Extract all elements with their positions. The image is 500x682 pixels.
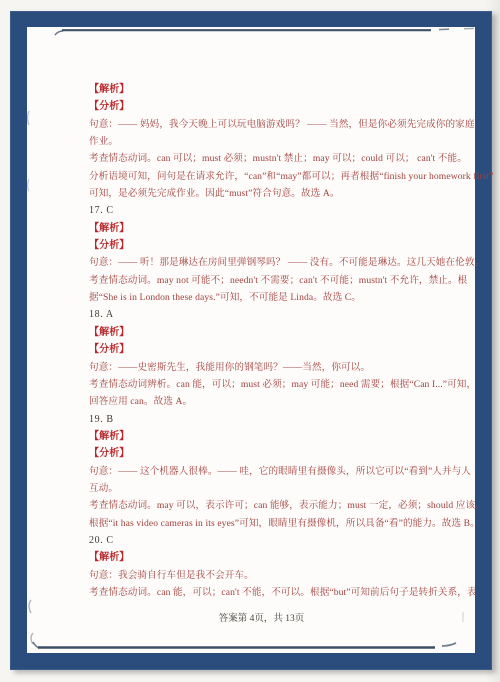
body-line: 考查情态动词辨析。can 能，可以；must 必须；may 可能；need 需要… [89,376,465,393]
marker-line: 【分析】 [89,237,465,254]
body-line: 句意：——史密斯先生，我能用你的钢笔吗？——当然，你可以。 [89,359,465,376]
page-left-curl-4 [31,633,33,644]
page-top-left-curl [55,31,63,35]
answer-line: 18. A [89,306,465,323]
body-line: 分析语境可知，问句是在请求允许，“can”和“may”都可以；再者根据“fini… [89,168,465,185]
body-line: 句意：—— 听！那是琳达在房间里弹钢琴吗？ —— 没有。不可能是琳达。这几天她在… [89,254,465,271]
body-line: 根据“it has video cameras in its eyes”可知，眼… [89,515,465,532]
document-frame: 【解析】【分析】句意：—— 妈妈，我今天晚上可以玩电脑游戏吗？ —— 当然，但是… [10,11,492,670]
body-line: 考查情态动词。can 能，可以；can't 不能，不可以。根据“but”可知前后… [89,584,465,601]
marker-line: 【解析】 [89,81,465,98]
body-line: 句意：我会骑自行车但是我不会开车。 [89,567,465,584]
answer-line: 17. C [89,202,465,219]
answer-line: 20. C [89,532,465,549]
body-line: 可知，是必须先完成作业。因此“must”符合句意。故选 A。 [89,185,465,202]
page-bottom-left-curl [33,642,39,648]
body-line: 作业。 [89,133,465,150]
body-line: 句意：—— 这个机器人很棒。—— 哇，它的眼睛里有摄像头，所以它可以“看到”人并… [89,463,465,480]
marker-line: 【分析】 [89,98,465,115]
body-line: 互动。 [89,480,465,497]
marker-line: 【解析】 [89,428,465,445]
body-line: 考查情态动词。may 可以，表示许可；can 能够，表示能力；must 一定，必… [89,497,465,514]
page-left-curl-2 [28,179,30,191]
page-footer: 答案第 4页，共 13页 [89,610,434,624]
screenshot-canvas: 【解析】【分析】句意：—— 妈妈，我今天晚上可以玩电脑游戏吗？ —— 当然，但是… [0,0,500,682]
body-line: 据“She is in London these days.”可知，不可能是 L… [89,289,465,306]
page-left-curl-1 [28,111,30,125]
body-line: 句意：—— 妈妈，我今天晚上可以玩电脑游戏吗？ —— 当然，但是你必须先完成你的… [89,116,465,133]
body-line: 考查情态动词。can 可以；must 必须；mustn't 禁止；may 可以；… [89,150,465,167]
page-bottom-right-curl [442,643,456,646]
marker-line: 【解析】 [89,549,465,566]
marker-line: 【分析】 [89,445,465,462]
answer-explanations: 【解析】【分析】句意：—— 妈妈，我今天晚上可以玩电脑游戏吗？ —— 当然，但是… [89,81,465,624]
marker-line: 【解析】 [89,220,465,237]
document-page: 【解析】【分析】句意：—— 妈妈，我今天晚上可以玩电脑游戏吗？ —— 当然，但是… [27,27,475,653]
body-line: 回答应用 can。故选 A。 [89,393,465,410]
page-left-curl-3 [29,600,31,613]
body-line: 考查情态动词。may not 可能不；needn't 不需要；can't 不可能… [89,272,465,289]
marker-line: 【分析】 [89,341,465,358]
marker-line: 【解析】 [89,324,465,341]
answer-line: 19. B [89,411,465,428]
